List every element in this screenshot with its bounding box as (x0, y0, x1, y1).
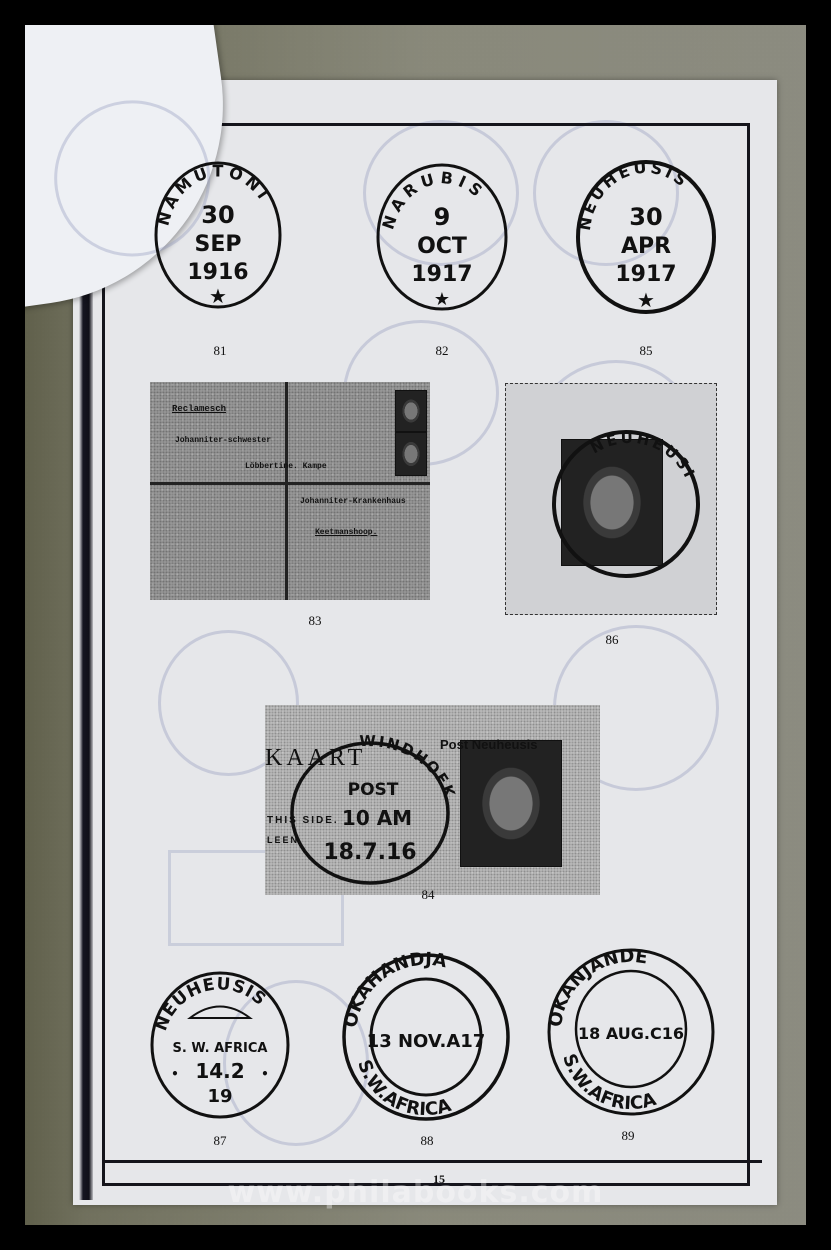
svg-text:18.7.16: 18.7.16 (323, 840, 416, 865)
caption-86: 86 (582, 632, 642, 648)
caption-81: 81 (190, 343, 250, 359)
stamp (395, 390, 427, 432)
svg-text:★: ★ (637, 288, 655, 312)
svg-text:10 AM: 10 AM (342, 806, 412, 830)
watermark: www.philabooks.com (25, 1175, 806, 1210)
cover-83: Reclamesch Johanniter-schwester Löbberti… (150, 382, 430, 600)
svg-text:OCT: OCT (417, 234, 467, 259)
stamp (395, 432, 427, 476)
svg-text:S. W. AFRICA: S. W. AFRICA (173, 1041, 268, 1056)
svg-text:30: 30 (629, 203, 662, 231)
svg-text:30: 30 (201, 201, 234, 229)
svg-text:9: 9 (434, 203, 451, 231)
windhoek-cancel: WINDHOEK POST 10 AM 18.7.16 (285, 735, 465, 895)
frame-bottom-rule (102, 1160, 762, 1163)
svg-text:★: ★ (434, 289, 450, 310)
svg-text:NEUHEUSIS: NEUHEUSIS (546, 424, 700, 483)
svg-text:★: ★ (209, 284, 227, 308)
svg-text:SEP: SEP (195, 232, 242, 257)
caption-89: 89 (598, 1128, 658, 1144)
svg-text:1917: 1917 (615, 262, 676, 287)
postmark-81: NAMUTONI 30 SEP 1916 ★ (143, 155, 303, 325)
svg-text:APR: APR (621, 234, 671, 259)
postmark-89: OKANJANDE S.W.AFRICA 18 AUG.C16 (545, 947, 725, 1137)
cancel-circle: NEUHEUSIS (546, 424, 706, 584)
svg-text:1917: 1917 (411, 262, 472, 287)
stamp-king-george (460, 740, 562, 867)
caption-87: 87 (190, 1133, 250, 1149)
svg-text:NEUHEUSIS: NEUHEUSIS (151, 974, 270, 1033)
photo: NAMUTONI 30 SEP 1916 ★ 81 NARUBIS 9 OCT … (25, 25, 806, 1225)
postmark-85: NEUHEUSIS 30 APR 1917 ★ (568, 155, 738, 330)
svg-text:18 AUG.C16: 18 AUG.C16 (578, 1024, 684, 1043)
caption-82: 82 (412, 343, 472, 359)
postmark-88: OKAHANDJA S.W.AFRICA 13 NOV.A17 (340, 950, 520, 1140)
svg-text:13 NOV.A17: 13 NOV.A17 (367, 1031, 486, 1052)
svg-text:OKANJANDE: OKANJANDE (545, 947, 649, 1028)
svg-text:1916: 1916 (187, 260, 248, 285)
svg-text:14.2: 14.2 (195, 1059, 244, 1083)
svg-text:POST: POST (348, 780, 399, 800)
caption-84: 84 (398, 887, 458, 903)
postmark-87: NEUHEUSIS S. W. AFRICA 14.2 • • 19 (145, 970, 305, 1130)
caption-83: 83 (285, 613, 345, 629)
caption-88: 88 (397, 1133, 457, 1149)
caption-85: 85 (616, 343, 676, 359)
svg-text:19: 19 (207, 1086, 232, 1107)
piece-86: NEUHEUSIS (505, 383, 717, 615)
postcard-84: KAART THIS SIDE. LEEN. Post Neuheusis WI… (265, 705, 600, 895)
postmark-82: NARUBIS 9 OCT 1917 ★ (367, 157, 527, 327)
svg-text:•: • (261, 1067, 269, 1081)
svg-text:•: • (171, 1067, 179, 1081)
